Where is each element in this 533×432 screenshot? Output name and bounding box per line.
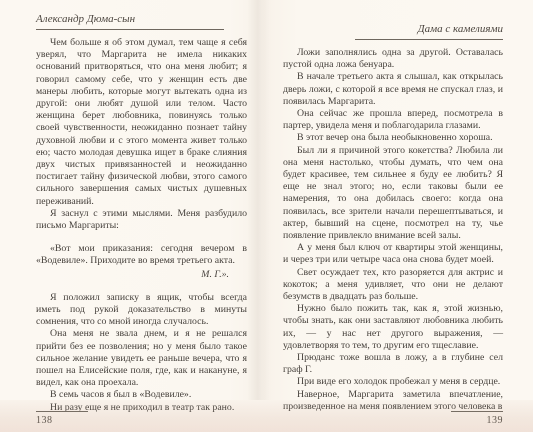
paragraph: Ложи заполнялись одна за другой. Оставал… [283, 47, 503, 71]
right-page: Дама с камелиями Ложи заполнялись одна з… [266, 0, 533, 400]
paragraph: А у меня был ключ от квартиры этой женщи… [283, 242, 503, 266]
left-page-body: Чем больше я об этом думал, тем чаще я с… [36, 37, 247, 414]
paragraph: В семь часов я был в «Водевиле». [36, 389, 247, 401]
paragraph: Она сейчас же прошла вперед, посмотрела … [283, 108, 503, 132]
paragraph: В этот вечер она была необыкновенно хоро… [283, 132, 503, 144]
left-paragraph-group-1: Чем больше я об этом думал, тем чаще я с… [36, 37, 247, 232]
left-paragraph-group-2: Я положил записку в ящик, чтобы всегда и… [36, 292, 247, 414]
letter-block: «Вот мои приказания: сегодня вечером в «… [36, 243, 247, 281]
paragraph: Я заснул с этими мыслями. Меня разбудило… [36, 208, 247, 232]
paragraph: Чем больше я об этом думал, тем чаще я с… [36, 37, 247, 208]
paragraph: Прюданс тоже вошла в ложу, а в глубине с… [283, 352, 503, 376]
book-photo: Александр Дюма-сын Чем больше я об этом … [0, 0, 533, 432]
left-page: Александр Дюма-сын Чем больше я об этом … [0, 0, 266, 400]
right-folio: 139 [451, 411, 503, 426]
letter-body: «Вот мои приказания: сегодня вечером в «… [36, 243, 247, 267]
left-running-head: Александр Дюма-сын [36, 13, 224, 30]
paragraph: Она меня не звала днем, и я не решался п… [36, 328, 247, 389]
left-folio-rule [36, 411, 88, 412]
paragraph: Свет осуждает тех, кто разоряется для ак… [283, 267, 503, 304]
right-header-title: Дама с камелиями [418, 23, 503, 35]
paragraph: Наверное, Маргарита заметила впечатление… [283, 389, 503, 413]
left-folio: 138 [36, 411, 88, 426]
paragraph: Я положил записку в ящик, чтобы всегда и… [36, 292, 247, 329]
left-header-title: Александр Дюма-сын [36, 13, 135, 25]
right-running-head: Дама с камелиями [355, 23, 503, 40]
paragraph: Нужно было пожить так, как я, этой жизнь… [283, 303, 503, 352]
paragraph: Был ли я причиной этого кокетства? Любил… [283, 145, 503, 243]
left-page-number: 138 [36, 415, 53, 426]
letter-signature: М. Г.». [36, 269, 247, 281]
right-page-body: Ложи заполнялись одна за другой. Оставал… [283, 47, 503, 413]
book-spread: Александр Дюма-сын Чем больше я об этом … [0, 0, 533, 400]
right-folio-rule [451, 411, 503, 412]
right-paragraph-group: Ложи заполнялись одна за другой. Оставал… [283, 47, 503, 413]
paragraph: При виде его холодок пробежал у меня в с… [283, 376, 503, 388]
paragraph: В начале третьего акта я слышал, как отк… [283, 71, 503, 108]
right-page-number: 139 [487, 415, 504, 426]
